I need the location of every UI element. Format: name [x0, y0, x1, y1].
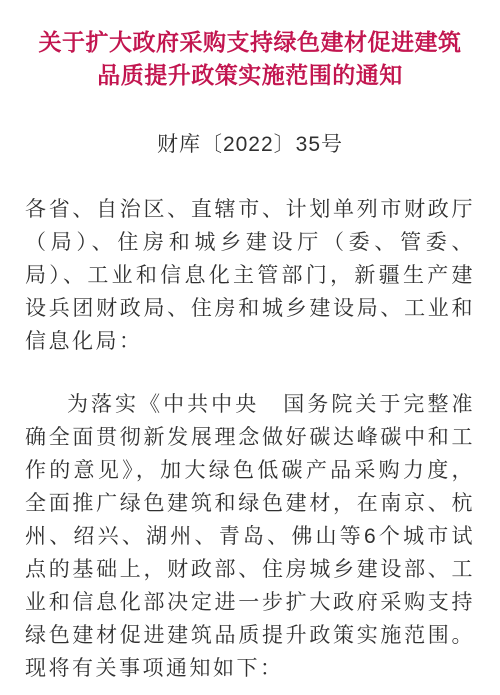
- body-paragraph: 为落实《中共中央 国务院关于完整准确全面贯彻新发展理念做好碳达峰碳中和工作的意见…: [25, 388, 475, 685]
- notice-title: 关于扩大政府采购支持绿色建材促进建筑品质提升政策实施范围的通知: [25, 26, 475, 92]
- notice-document-page: 关于扩大政府采购支持绿色建材促进建筑品质提升政策实施范围的通知 财库〔2022〕…: [0, 0, 500, 695]
- addressee-paragraph: 各省、自治区、直辖市、计划单列市财政厅（局）、住房和城乡建设厅（委、管委、局）、…: [25, 193, 475, 358]
- doc-number: 财库〔2022〕35号: [25, 128, 475, 161]
